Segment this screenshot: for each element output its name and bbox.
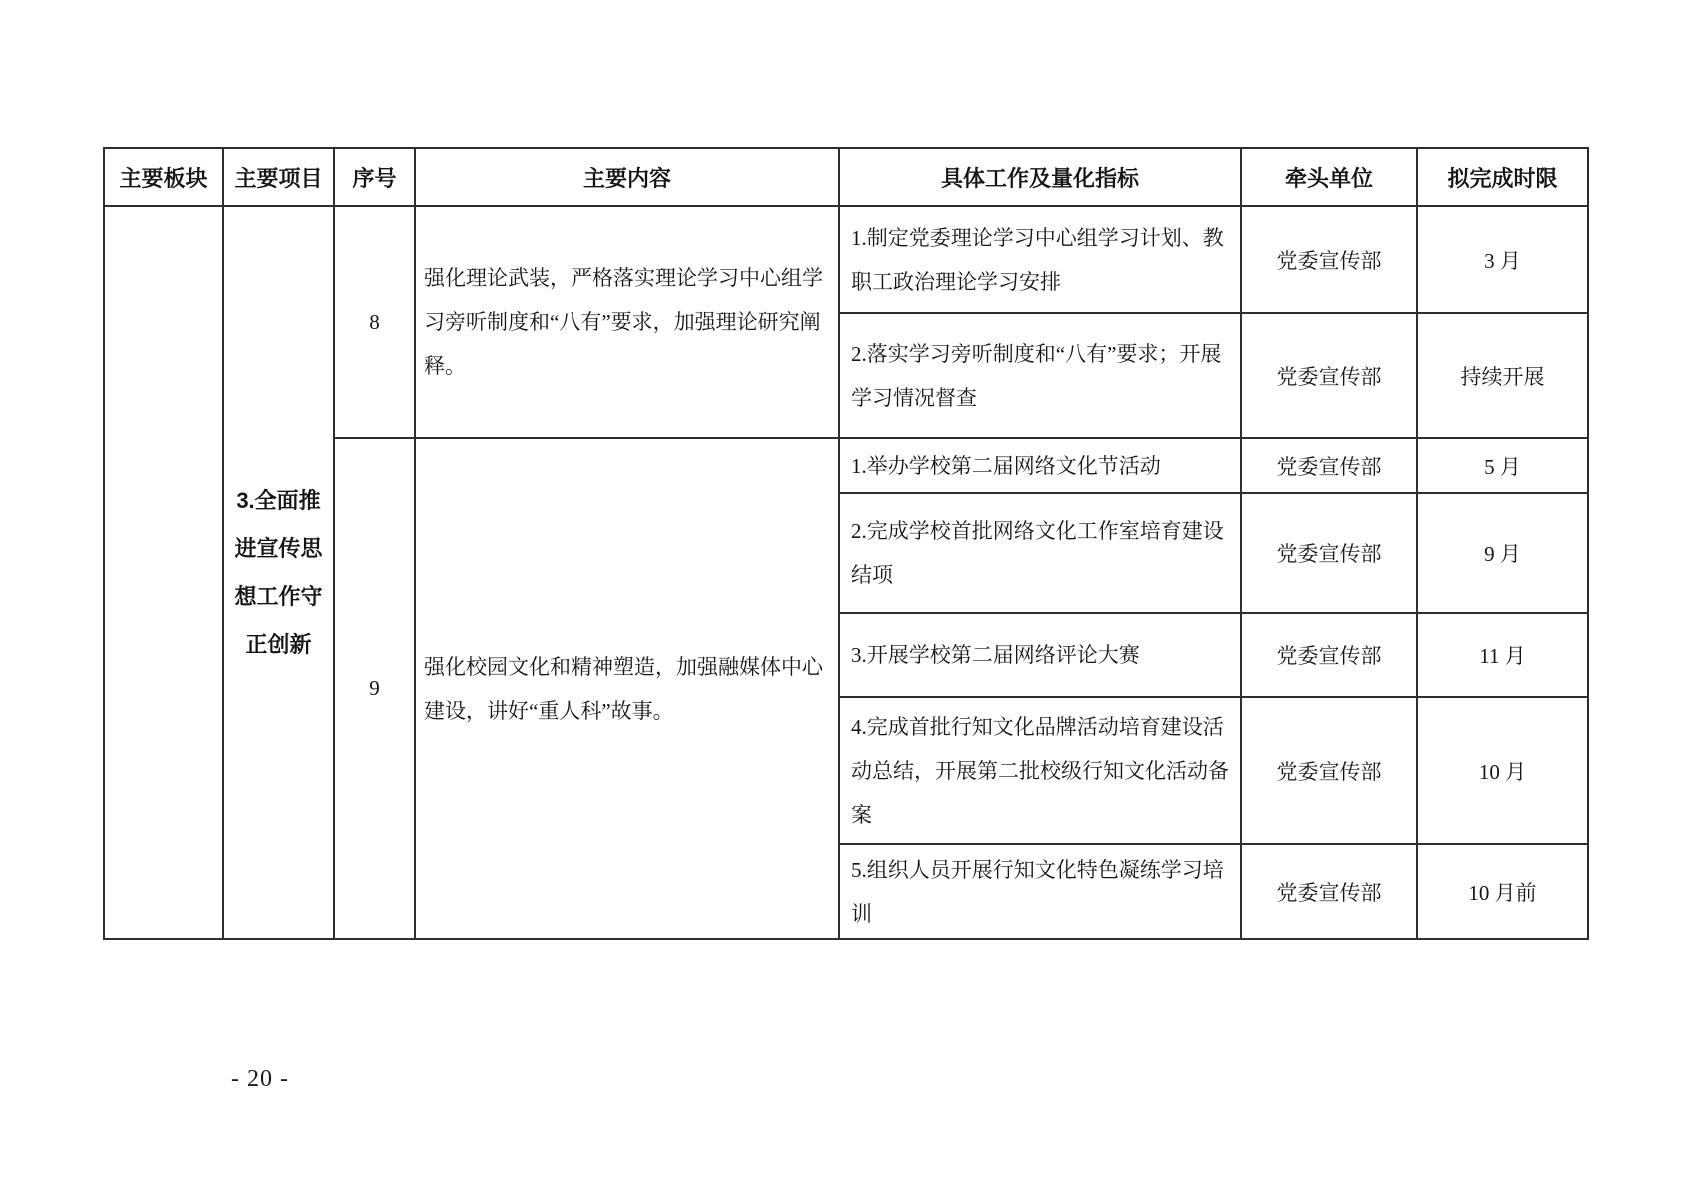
header-seq-number: 序号 (334, 148, 415, 206)
cell-deadline-9-4: 10 月 (1417, 697, 1588, 844)
cell-main-project: 3.全面推进宣传思想工作守正创新 (223, 206, 334, 939)
cell-task-9-1: 1.举办学校第二届网络文化节活动 (839, 438, 1241, 493)
cell-task-8-2: 2.落实学习旁听制度和“八有”要求；开展 学习情况督查 (839, 313, 1241, 438)
table-header-row: 主要板块 主要项目 序号 主要内容 具体工作及量化指标 牵头单位 拟完成时限 (104, 148, 1588, 206)
header-specific-work: 具体工作及量化指标 (839, 148, 1241, 206)
cell-task-8-1: 1.制定党委理论学习中心组学习计划、教 职工政治理论学习安排 (839, 206, 1241, 313)
cell-content-8: 强化理论武装，严格落实理论学习中心组学 习旁听制度和“八有”要求，加强理论研究阐… (415, 206, 839, 438)
cell-deadline-9-1: 5 月 (1417, 438, 1588, 493)
document-page: 主要板块 主要项目 序号 主要内容 具体工作及量化指标 牵头单位 拟完成时限 3… (0, 0, 1684, 1191)
cell-seq-8: 8 (334, 206, 415, 438)
cell-content-9: 强化校园文化和精神塑造，加强融媒体中心 建设，讲好“重人科”故事。 (415, 438, 839, 939)
cell-main-section (104, 206, 223, 939)
cell-task-9-3: 3.开展学校第二届网络评论大赛 (839, 613, 1241, 697)
cell-lead-unit-9-2: 党委宣传部 (1241, 493, 1417, 613)
cell-deadline-9-3: 11 月 (1417, 613, 1588, 697)
cell-deadline-8-2: 持续开展 (1417, 313, 1588, 438)
header-deadline: 拟完成时限 (1417, 148, 1588, 206)
cell-deadline-9-2: 9 月 (1417, 493, 1588, 613)
table-row: 3.全面推进宣传思想工作守正创新 8 强化理论武装，严格落实理论学习中心组学 习… (104, 206, 1588, 313)
work-plan-table: 主要板块 主要项目 序号 主要内容 具体工作及量化指标 牵头单位 拟完成时限 3… (103, 147, 1589, 940)
cell-lead-unit-8-2: 党委宣传部 (1241, 313, 1417, 438)
cell-lead-unit-8-1: 党委宣传部 (1241, 206, 1417, 313)
cell-deadline-8-1: 3 月 (1417, 206, 1588, 313)
cell-deadline-9-5: 10 月前 (1417, 844, 1588, 939)
cell-lead-unit-9-1: 党委宣传部 (1241, 438, 1417, 493)
header-main-project: 主要项目 (223, 148, 334, 206)
header-main-content: 主要内容 (415, 148, 839, 206)
cell-lead-unit-9-4: 党委宣传部 (1241, 697, 1417, 844)
cell-lead-unit-9-5: 党委宣传部 (1241, 844, 1417, 939)
cell-task-9-2: 2.完成学校首批网络文化工作室培育建设 结项 (839, 493, 1241, 613)
cell-seq-9: 9 (334, 438, 415, 939)
page-number: - 20 - (231, 1066, 289, 1093)
cell-task-9-4: 4.完成首批行知文化品牌活动培育建设活 动总结，开展第二批校级行知文化活动备 案 (839, 697, 1241, 844)
cell-lead-unit-9-3: 党委宣传部 (1241, 613, 1417, 697)
header-main-section: 主要板块 (104, 148, 223, 206)
header-lead-unit: 牵头单位 (1241, 148, 1417, 206)
cell-task-9-5: 5.组织人员开展行知文化特色凝练学习培 训 (839, 844, 1241, 939)
